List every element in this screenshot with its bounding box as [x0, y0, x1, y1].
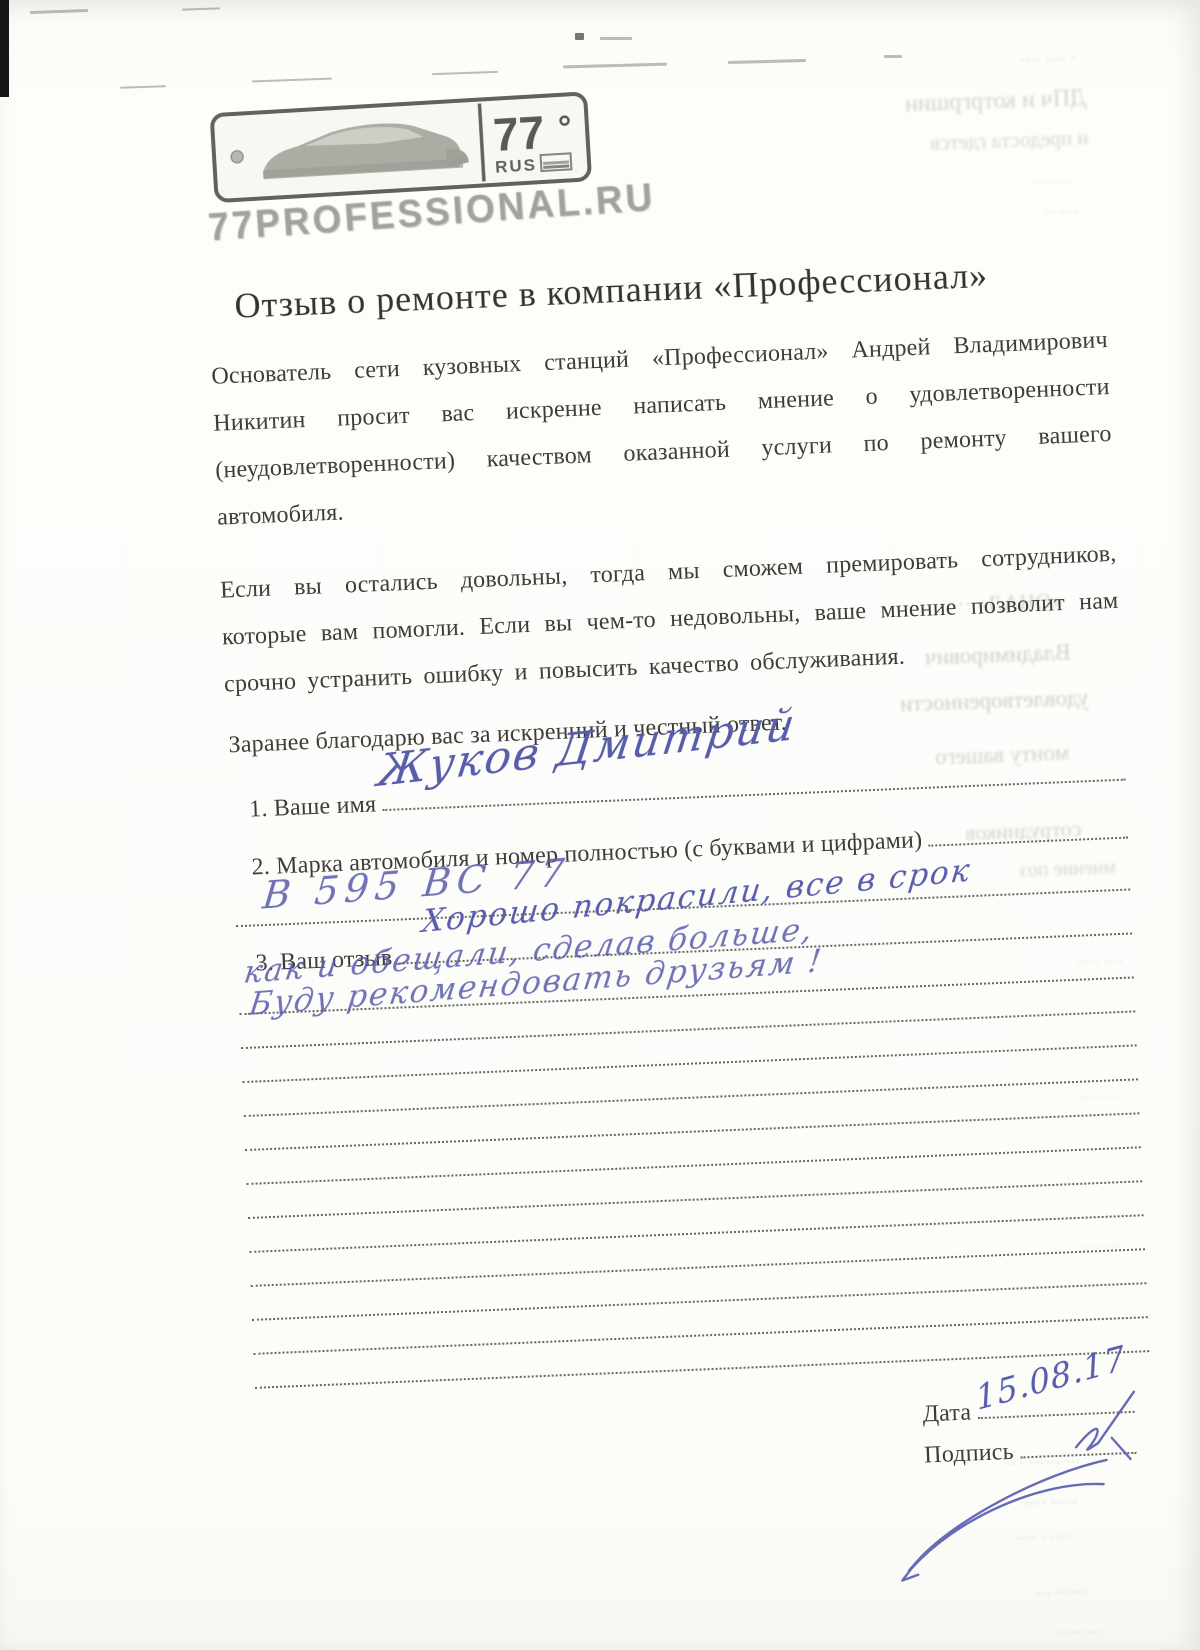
empty-review-lines: [239, 1012, 1149, 1388]
date-label: Дата: [922, 1399, 972, 1428]
scan-artifact-dash: [30, 9, 88, 14]
scan-artifact-left-edge: [0, 0, 9, 97]
scan-artifact-dash: [182, 7, 220, 10]
scan-artifact-dash: [120, 85, 166, 89]
field-car-dotted-line: [927, 811, 1128, 847]
scan-artifact-dash: [728, 59, 806, 64]
scan-artifact-dash: [563, 63, 667, 69]
page-title: Отзыв о ремонте в компании «Профессионал…: [234, 249, 1106, 327]
scanned-feedback-form: · ···· ····ДПч и котргршини предоста где…: [0, 0, 1200, 1650]
intro-paragraph-1: Основатель сети кузовных станций «Профес…: [210, 317, 1114, 542]
scan-artifact-dash: [600, 37, 632, 40]
date-signature-block: Дата 15.08.17 Подпись: [922, 1389, 1137, 1470]
scan-artifact-dash: [432, 71, 498, 75]
plate-region-code: RUS: [495, 155, 538, 176]
field-name-label: 1. Ваше имя: [249, 791, 377, 823]
company-logo: 77 RUS 77PROFESSIONAL.RU: [207, 54, 1103, 256]
form-sheet: 77 RUS 77PROFESSIONAL.RU Отзыв о ремонте…: [200, 61, 1154, 1497]
intro-paragraph-2: Если вы остались довольны, тогда мы смож…: [219, 531, 1121, 709]
plate-bolt: [231, 150, 244, 163]
scan-artifact-dash: [252, 78, 332, 83]
date-row: Дата 15.08.17: [922, 1389, 1135, 1429]
handwritten-signature: [844, 1436, 1152, 1648]
plate-region-number: 77: [492, 106, 546, 161]
scan-artifact-dash: [575, 33, 584, 40]
scan-artifact-dash: [884, 55, 902, 58]
